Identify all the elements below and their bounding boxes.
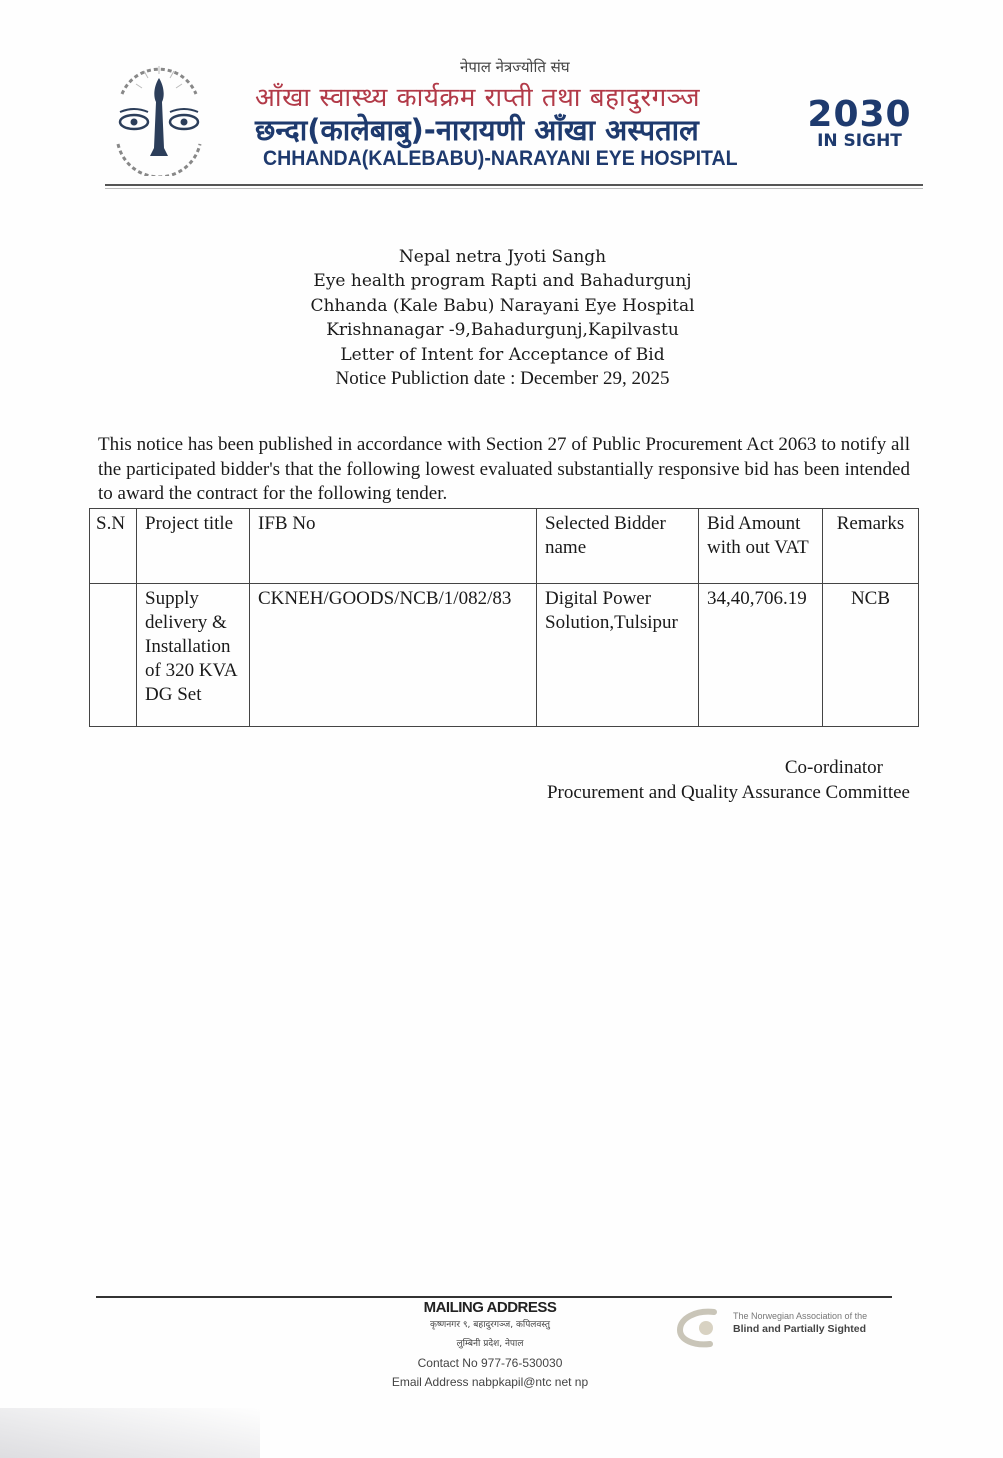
title-line-org: Nepal netra Jyoti Sangh <box>250 245 755 269</box>
cell-sn <box>90 584 137 727</box>
footer-divider <box>96 1296 892 1298</box>
address-line-nepali-1: कृष्णनगर ९, बहादुरगञ्ज, कपिलवस्तु <box>340 1316 640 1335</box>
partner-logo-block: The Norwegian Association of the Blind a… <box>676 1306 916 1350</box>
partner-name-line2: Blind and Partially Sighted <box>733 1323 866 1335</box>
bid-award-table: S.N Project title IFB No Selected Bidder… <box>89 508 919 727</box>
hospital-name-english: CHHANDA(KALEBABU)-NARAYANI EYE HOSPITAL <box>263 147 738 171</box>
signatory-committee: Procurement and Quality Assurance Commit… <box>500 781 910 806</box>
header-ifb-no: IFB No <box>250 509 537 584</box>
program-name-nepali: आँखा स्वास्थ्य कार्यक्रम राप्ती तथा बहाद… <box>255 78 700 114</box>
title-line-address: Krishnanagar -9,Bahadurgunj,Kapilvastu <box>250 318 755 342</box>
eye-lamp-emblem-icon <box>104 56 214 176</box>
title-line-program: Eye health program Rapti and Bahadurgunj <box>250 269 755 293</box>
header-sn: S.N <box>90 509 137 584</box>
partner-name-line1: The Norwegian Association of the <box>733 1311 867 1321</box>
mailing-address-block: MAILING ADDRESS कृष्णनगर ९, बहादुरगञ्ज, … <box>340 1299 640 1392</box>
table-row: Supply delivery & Installation of 320 KV… <box>90 584 919 727</box>
header-remarks: Remarks <box>823 509 919 584</box>
cell-bid-amount: 34,40,706.19 <box>699 584 823 727</box>
hospital-name-nepali: छन्दा(कालेबाबु)-नारायणी आँखा अस्पताल <box>255 110 699 149</box>
intro-paragraph: This notice has been published in accord… <box>98 433 910 507</box>
cell-ifb-no: CKNEH/GOODS/NCB/1/082/83 <box>250 584 537 727</box>
scan-shadow <box>0 1408 260 1458</box>
norwegian-association-logo-icon <box>676 1308 724 1348</box>
document-page: नेपाल नेत्रज्योति संघ आँखा स्वास्थ्य कार… <box>0 0 1003 1458</box>
header-bid-amount: Bid Amount with out VAT <box>699 509 823 584</box>
letterhead-divider <box>105 184 923 186</box>
cell-project-title: Supply delivery & Installation of 320 KV… <box>137 584 250 727</box>
vision-year: 2030 <box>797 98 922 132</box>
letterhead: नेपाल नेत्रज्योति संघ आँखा स्वास्थ्य कार… <box>100 52 925 192</box>
letterhead-divider-secondary <box>105 188 923 189</box>
notice-title-block: Nepal netra Jyoti Sangh Eye health progr… <box>250 245 755 391</box>
title-line-subject: Letter of Intent for Acceptance of Bid <box>250 343 755 367</box>
signatory-role: Co-ordinator <box>500 756 910 781</box>
header-selected-bidder: Selected Bidder name <box>537 509 699 584</box>
signature-block: Co-ordinator Procurement and Quality Ass… <box>500 756 910 805</box>
vision-2030-logo: 2030 IN SIGHT <box>797 98 922 150</box>
cell-selected-bidder: Digital Power Solution,Tulsipur <box>537 584 699 727</box>
org-name-nepali: नेपाल नेत्रज्योति संघ <box>460 57 570 77</box>
notice-date: Notice Publiction date : December 29, 20… <box>250 367 755 391</box>
email-address: Email Address nabpkapil@ntc net np <box>340 1373 640 1392</box>
title-line-hospital: Chhanda (Kale Babu) Narayani Eye Hospita… <box>250 294 755 318</box>
cell-remarks: NCB <box>823 584 919 727</box>
header-project-title: Project title <box>137 509 250 584</box>
table-header-row: S.N Project title IFB No Selected Bidder… <box>90 509 919 584</box>
address-line-nepali-2: लुम्बिनी प्रदेश, नेपाल <box>340 1335 640 1354</box>
contact-number: Contact No 977-76-530030 <box>340 1354 640 1373</box>
mailing-heading: MAILING ADDRESS <box>340 1299 640 1316</box>
